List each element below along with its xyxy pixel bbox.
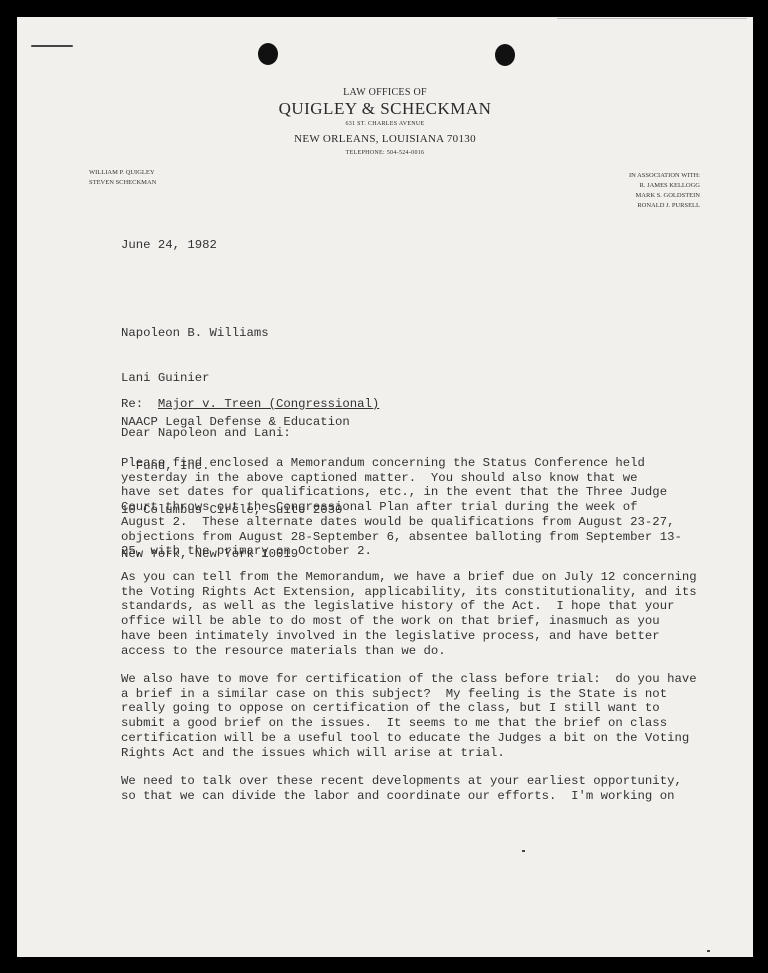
body-paragraph-1: Please find enclosed a Memorandum concer… xyxy=(121,456,682,559)
punch-hole-left xyxy=(258,43,278,65)
salutation: Dear Napoleon and Lani: xyxy=(121,426,291,441)
punch-hole-right xyxy=(495,44,515,66)
letterhead-city: NEW ORLEANS, LOUISIANA 70130 xyxy=(17,133,753,145)
partners-left: WILLIAM P. QUIGLEY STEVEN SCHECKMAN xyxy=(89,168,156,188)
partner-name: WILLIAM P. QUIGLEY xyxy=(89,168,156,178)
body-paragraph-3: We also have to move for certification o… xyxy=(121,672,697,760)
partner-name: STEVEN SCHECKMAN xyxy=(89,178,156,188)
letter-page: LAW OFFICES OF QUIGLEY & SCHECKMAN 631 S… xyxy=(17,17,753,957)
letterhead-street: 631 ST. CHARLES AVENUE xyxy=(17,121,753,127)
recipient-line: Lani Guinier xyxy=(121,371,350,386)
staple-mark xyxy=(31,45,73,47)
letterhead-line1: LAW OFFICES OF xyxy=(17,87,753,98)
body-paragraph-4: We need to talk over these recent develo… xyxy=(121,774,682,803)
speck-mark xyxy=(707,950,710,952)
speck-mark xyxy=(522,850,525,852)
letterhead-firm-name: QUIGLEY & SCHECKMAN xyxy=(17,99,753,119)
re-label: Re: xyxy=(121,397,143,411)
re-line: Re: Major v. Treen (Congressional) xyxy=(121,397,379,412)
partners-right: IN ASSOCIATION WITH: R. JAMES KELLOGG MA… xyxy=(600,171,700,211)
association-heading: IN ASSOCIATION WITH: xyxy=(600,171,700,181)
letterhead-telephone: TELEPHONE: 504-524-0016 xyxy=(17,150,753,156)
associate-name: R. JAMES KELLOGG xyxy=(600,181,700,191)
re-subject: Major v. Treen (Congressional) xyxy=(158,397,379,411)
recipient-line: Napoleon B. Williams xyxy=(121,326,350,341)
body-paragraph-2: As you can tell from the Memorandum, we … xyxy=(121,570,697,658)
associate-name: RONALD J. PURSELL xyxy=(600,201,700,211)
associate-name: MARK S. GOLDSTEIN xyxy=(600,191,700,201)
letter-date: June 24, 1982 xyxy=(121,238,217,253)
page-edge-line xyxy=(557,18,747,19)
